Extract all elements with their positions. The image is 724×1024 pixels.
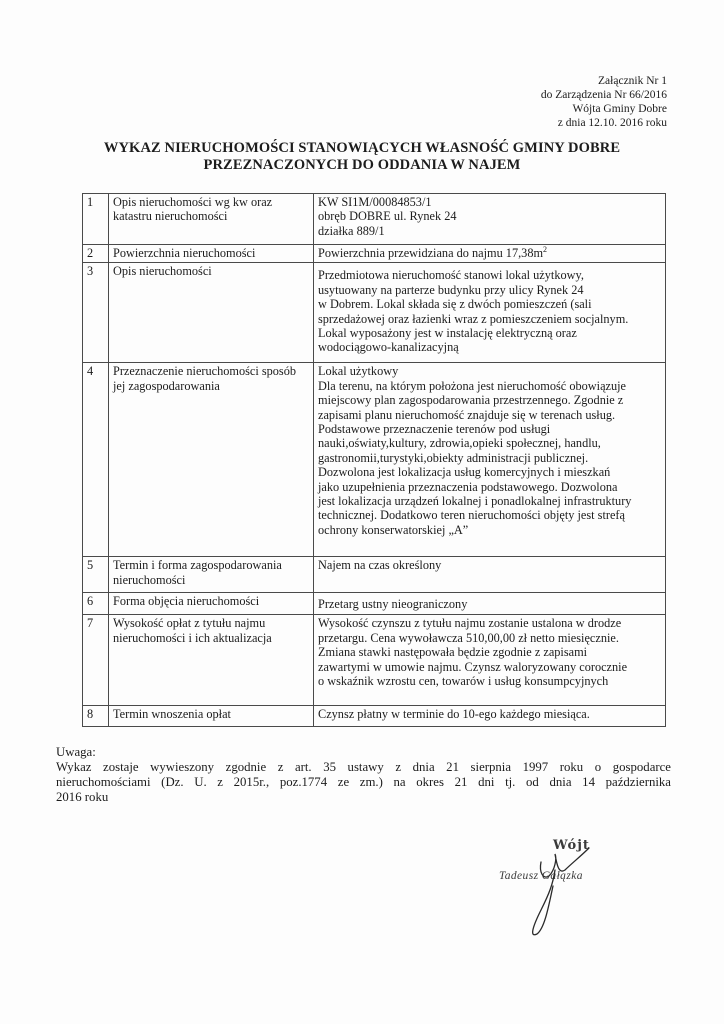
value-line: Dozwolona jest lokalizacja usług komercy… xyxy=(318,465,661,479)
annex-line: Załącznik Nr 1 xyxy=(541,74,667,88)
row-number: 4 xyxy=(83,363,109,557)
handwritten-signature-icon xyxy=(505,832,655,942)
table-row: 3 Opis nieruchomości Przedmiotowa nieruc… xyxy=(83,263,666,363)
row-label: Przeznaczenie nieruchomości sposób jej z… xyxy=(109,363,314,557)
table-row: 4 Przeznaczenie nieruchomości sposób jej… xyxy=(83,363,666,557)
row-number: 3 xyxy=(83,263,109,363)
note-line: Wykaz zostaje wywieszony zgodnie z art. … xyxy=(56,760,671,775)
row-value: KW SI1M/00084853/1 obręb DOBRE ul. Rynek… xyxy=(314,194,666,245)
value-line: Podstawowe przeznaczenie terenów pod usł… xyxy=(318,422,661,436)
row-label: Termin i forma zagospodarowania nierucho… xyxy=(109,557,314,593)
row-value: Lokal użytkowy Dla terenu, na którym poł… xyxy=(314,363,666,557)
annex-line: z dnia 12.10. 2016 roku xyxy=(541,116,667,130)
value-line: Przetarg ustny nieograniczony xyxy=(318,597,661,611)
row-number: 6 xyxy=(83,593,109,615)
value-line: w Dobrem. Lokal składa się z dwóch pomie… xyxy=(318,297,661,311)
value-line: Najem na czas określony xyxy=(318,558,661,572)
table-row: 1 Opis nieruchomości wg kw oraz katastru… xyxy=(83,194,666,245)
table-row: 5 Termin i forma zagospodarowania nieruc… xyxy=(83,557,666,593)
value-line: wodociągowo-kanalizacyjną xyxy=(318,340,661,354)
value-line: zapisami planu nieruchomość znajduje się… xyxy=(318,408,661,422)
row-number: 7 xyxy=(83,615,109,706)
note-section: Uwaga: Wykaz zostaje wywieszony zgodnie … xyxy=(56,745,671,805)
row-value: Przedmiotowa nieruchomość stanowi lokal … xyxy=(314,263,666,363)
row-value: Powierzchnia przewidziana do najmu 17,38… xyxy=(314,245,666,263)
row-number: 2 xyxy=(83,245,109,263)
value-line: o wskaźnik wzrostu cen, towarów i usług … xyxy=(318,674,661,688)
table-row: 7 Wysokość opłat z tytułu najmu nierucho… xyxy=(83,615,666,706)
table-row: 8 Termin wnoszenia opłat Czynsz płatny w… xyxy=(83,706,666,727)
row-value: Najem na czas określony xyxy=(314,557,666,593)
value-line: nauki,oświaty,kultury, zdrowia,opieki sp… xyxy=(318,436,661,450)
row-value: Czynsz płatny w terminie do 10-ego każde… xyxy=(314,706,666,727)
title-line-2: PRZEZNACZONYCH DO ODDANIA W NAJEM xyxy=(0,157,724,174)
value-line: jako uzupełnienia przeznaczenia podstawo… xyxy=(318,480,661,494)
row-value: Przetarg ustny nieograniczony xyxy=(314,593,666,615)
value-line: Wysokość czynszu z tytułu najmu zostanie… xyxy=(318,616,661,630)
row-label: Powierzchnia nieruchomości xyxy=(109,245,314,263)
value-line: zawartymi w umowie najmu. Czynsz waloryz… xyxy=(318,660,661,674)
document-title: WYKAZ NIERUCHOMOŚCI STANOWIĄCYCH WŁASNOŚ… xyxy=(0,140,724,174)
note-line: nieruchomościami (Dz. U. z 2015r., poz.1… xyxy=(56,775,671,790)
area-unit-superscript: 2 xyxy=(543,245,547,254)
annex-line: Wójta Gminy Dobre xyxy=(541,102,667,116)
value-line: usytuowany na parterze budynku przy ulic… xyxy=(318,283,661,297)
property-table: 1 Opis nieruchomości wg kw oraz katastru… xyxy=(82,193,666,727)
value-line: Lokal użytkowy xyxy=(318,364,661,378)
value-line: Dla terenu, na którym położona jest nier… xyxy=(318,379,661,393)
value-line: Powierzchnia przewidziana do najmu 17,38… xyxy=(318,246,661,260)
table-row: 6 Forma objęcia nieruchomości Przetarg u… xyxy=(83,593,666,615)
title-line-1: WYKAZ NIERUCHOMOŚCI STANOWIĄCYCH WŁASNOŚ… xyxy=(0,140,724,157)
annex-reference: Załącznik Nr 1 do Zarządzenia Nr 66/2016… xyxy=(541,74,667,130)
value-line: sprzedażowej oraz łazienki wraz z pomies… xyxy=(318,312,661,326)
annex-line: do Zarządzenia Nr 66/2016 xyxy=(541,88,667,102)
value-line: jest lokalizacja urządzeń lokalnej i pon… xyxy=(318,494,661,508)
row-label: Termin wnoszenia opłat xyxy=(109,706,314,727)
row-value: Wysokość czynszu z tytułu najmu zostanie… xyxy=(314,615,666,706)
value-line: przetargu. Cena wywoławcza 510,00,00 zł … xyxy=(318,631,661,645)
value-line: technicznej. Dodatkowo teren nieruchomoś… xyxy=(318,508,661,522)
row-label: Opis nieruchomości xyxy=(109,263,314,363)
row-label: Forma objęcia nieruchomości xyxy=(109,593,314,615)
row-number: 8 xyxy=(83,706,109,727)
row-label: Opis nieruchomości wg kw oraz katastru n… xyxy=(109,194,314,245)
value-line: Zmiana stawki następowała będzie zgodnie… xyxy=(318,645,661,659)
row-label: Wysokość opłat z tytułu najmu nieruchomo… xyxy=(109,615,314,706)
row-number: 1 xyxy=(83,194,109,245)
value-line: Przedmiotowa nieruchomość stanowi lokal … xyxy=(318,268,661,282)
value-line: miejscowy plan zagospodarowania przestrz… xyxy=(318,393,661,407)
table-row: 2 Powierzchnia nieruchomości Powierzchni… xyxy=(83,245,666,263)
value-line: działka 889/1 xyxy=(318,224,661,238)
note-line: 2016 roku xyxy=(56,790,671,805)
row-number: 5 xyxy=(83,557,109,593)
value-line: gastronomii,turystyki,obiekty administra… xyxy=(318,451,661,465)
value-line: ochrony konserwatorskiej „A” xyxy=(318,523,661,537)
note-heading: Uwaga: xyxy=(56,745,671,760)
value-line: Lokal wyposażony jest w instalację elekt… xyxy=(318,326,661,340)
value-line: Czynsz płatny w terminie do 10-ego każde… xyxy=(318,707,661,721)
value-line: obręb DOBRE ul. Rynek 24 xyxy=(318,209,661,223)
signature-block: Wójt Tadeusz Gałązka xyxy=(505,832,655,942)
value-line: KW SI1M/00084853/1 xyxy=(318,195,661,209)
area-text: Powierzchnia przewidziana do najmu 17,38… xyxy=(318,246,543,260)
